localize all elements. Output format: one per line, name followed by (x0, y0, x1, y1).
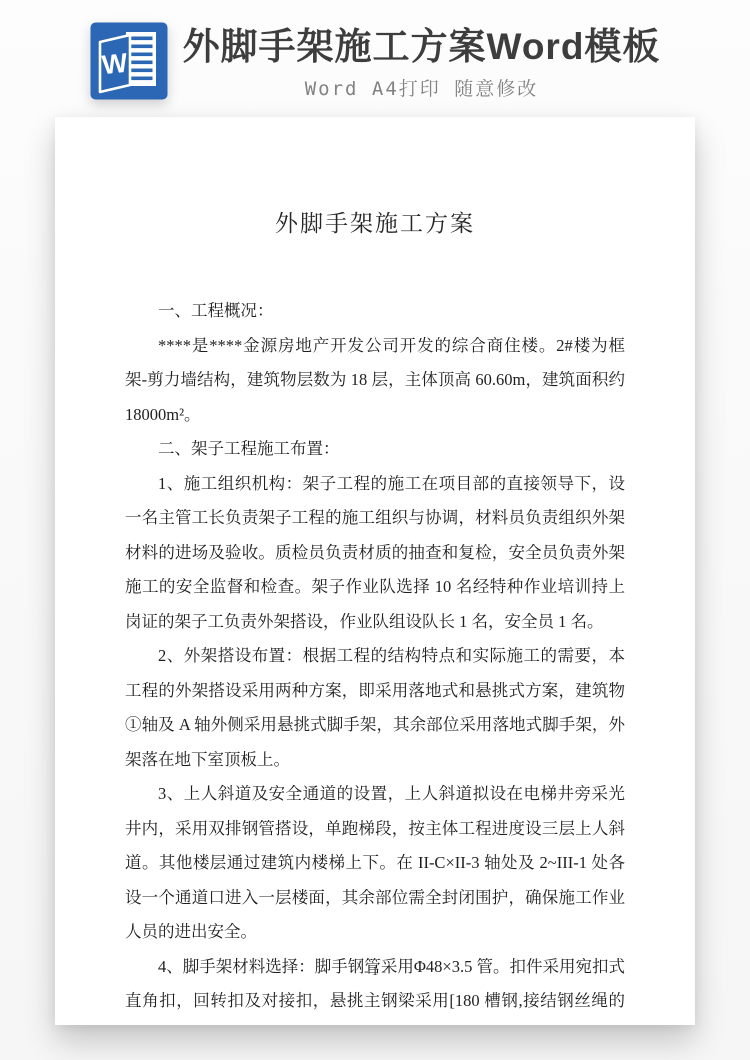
svg-text:W: W (100, 48, 129, 81)
header-title: 外脚手架施工方案Word模板 (183, 22, 661, 72)
document-body: 一、工程概况：****是****金源房地产开发公司开发的综合商住楼。2#楼为框架… (125, 294, 625, 1025)
page-number: - 1 - (55, 963, 695, 979)
word-icon: W (90, 22, 168, 100)
document-title: 外脚手架施工方案 (125, 208, 625, 238)
paragraph: 4、脚手架材料选择：脚手钢管采用Φ48×3.5 管。扣件采用宛扣式直角扣，回转扣… (125, 950, 625, 1026)
paragraph: 二、架子工程施工布置： (125, 432, 625, 467)
template-preview: { "header": { "title": "外脚手架施工方案Word模板",… (0, 0, 750, 1060)
paragraph: 3、上人斜道及安全通道的设置，上人斜道拟设在电梯井旁采光井内，采用双排钢管搭设，… (125, 777, 625, 950)
paragraph: 1、施工组织机构：架子工程的施工在项目部的直接领导下，设一名主管工长负责架子工程… (125, 467, 625, 640)
paragraph: 一、工程概况： (125, 294, 625, 329)
document-page: 外脚手架施工方案 一、工程概况：****是****金源房地产开发公司开发的综合商… (55, 117, 695, 1025)
header-subtitle: Word A4打印 随意修改 (305, 77, 539, 101)
paragraph: 2、外架搭设布置：根据工程的结构特点和实际施工的需要，本工程的外架搭设采用两种方… (125, 639, 625, 777)
header: W 外脚手架施工方案Word模板 Word A4打印 随意修改 (0, 0, 750, 101)
paragraph: ****是****金源房地产开发公司开发的综合商住楼。2#楼为框架-剪力墙结构，… (125, 329, 625, 433)
header-text: 外脚手架施工方案Word模板 Word A4打印 随意修改 (183, 22, 661, 101)
